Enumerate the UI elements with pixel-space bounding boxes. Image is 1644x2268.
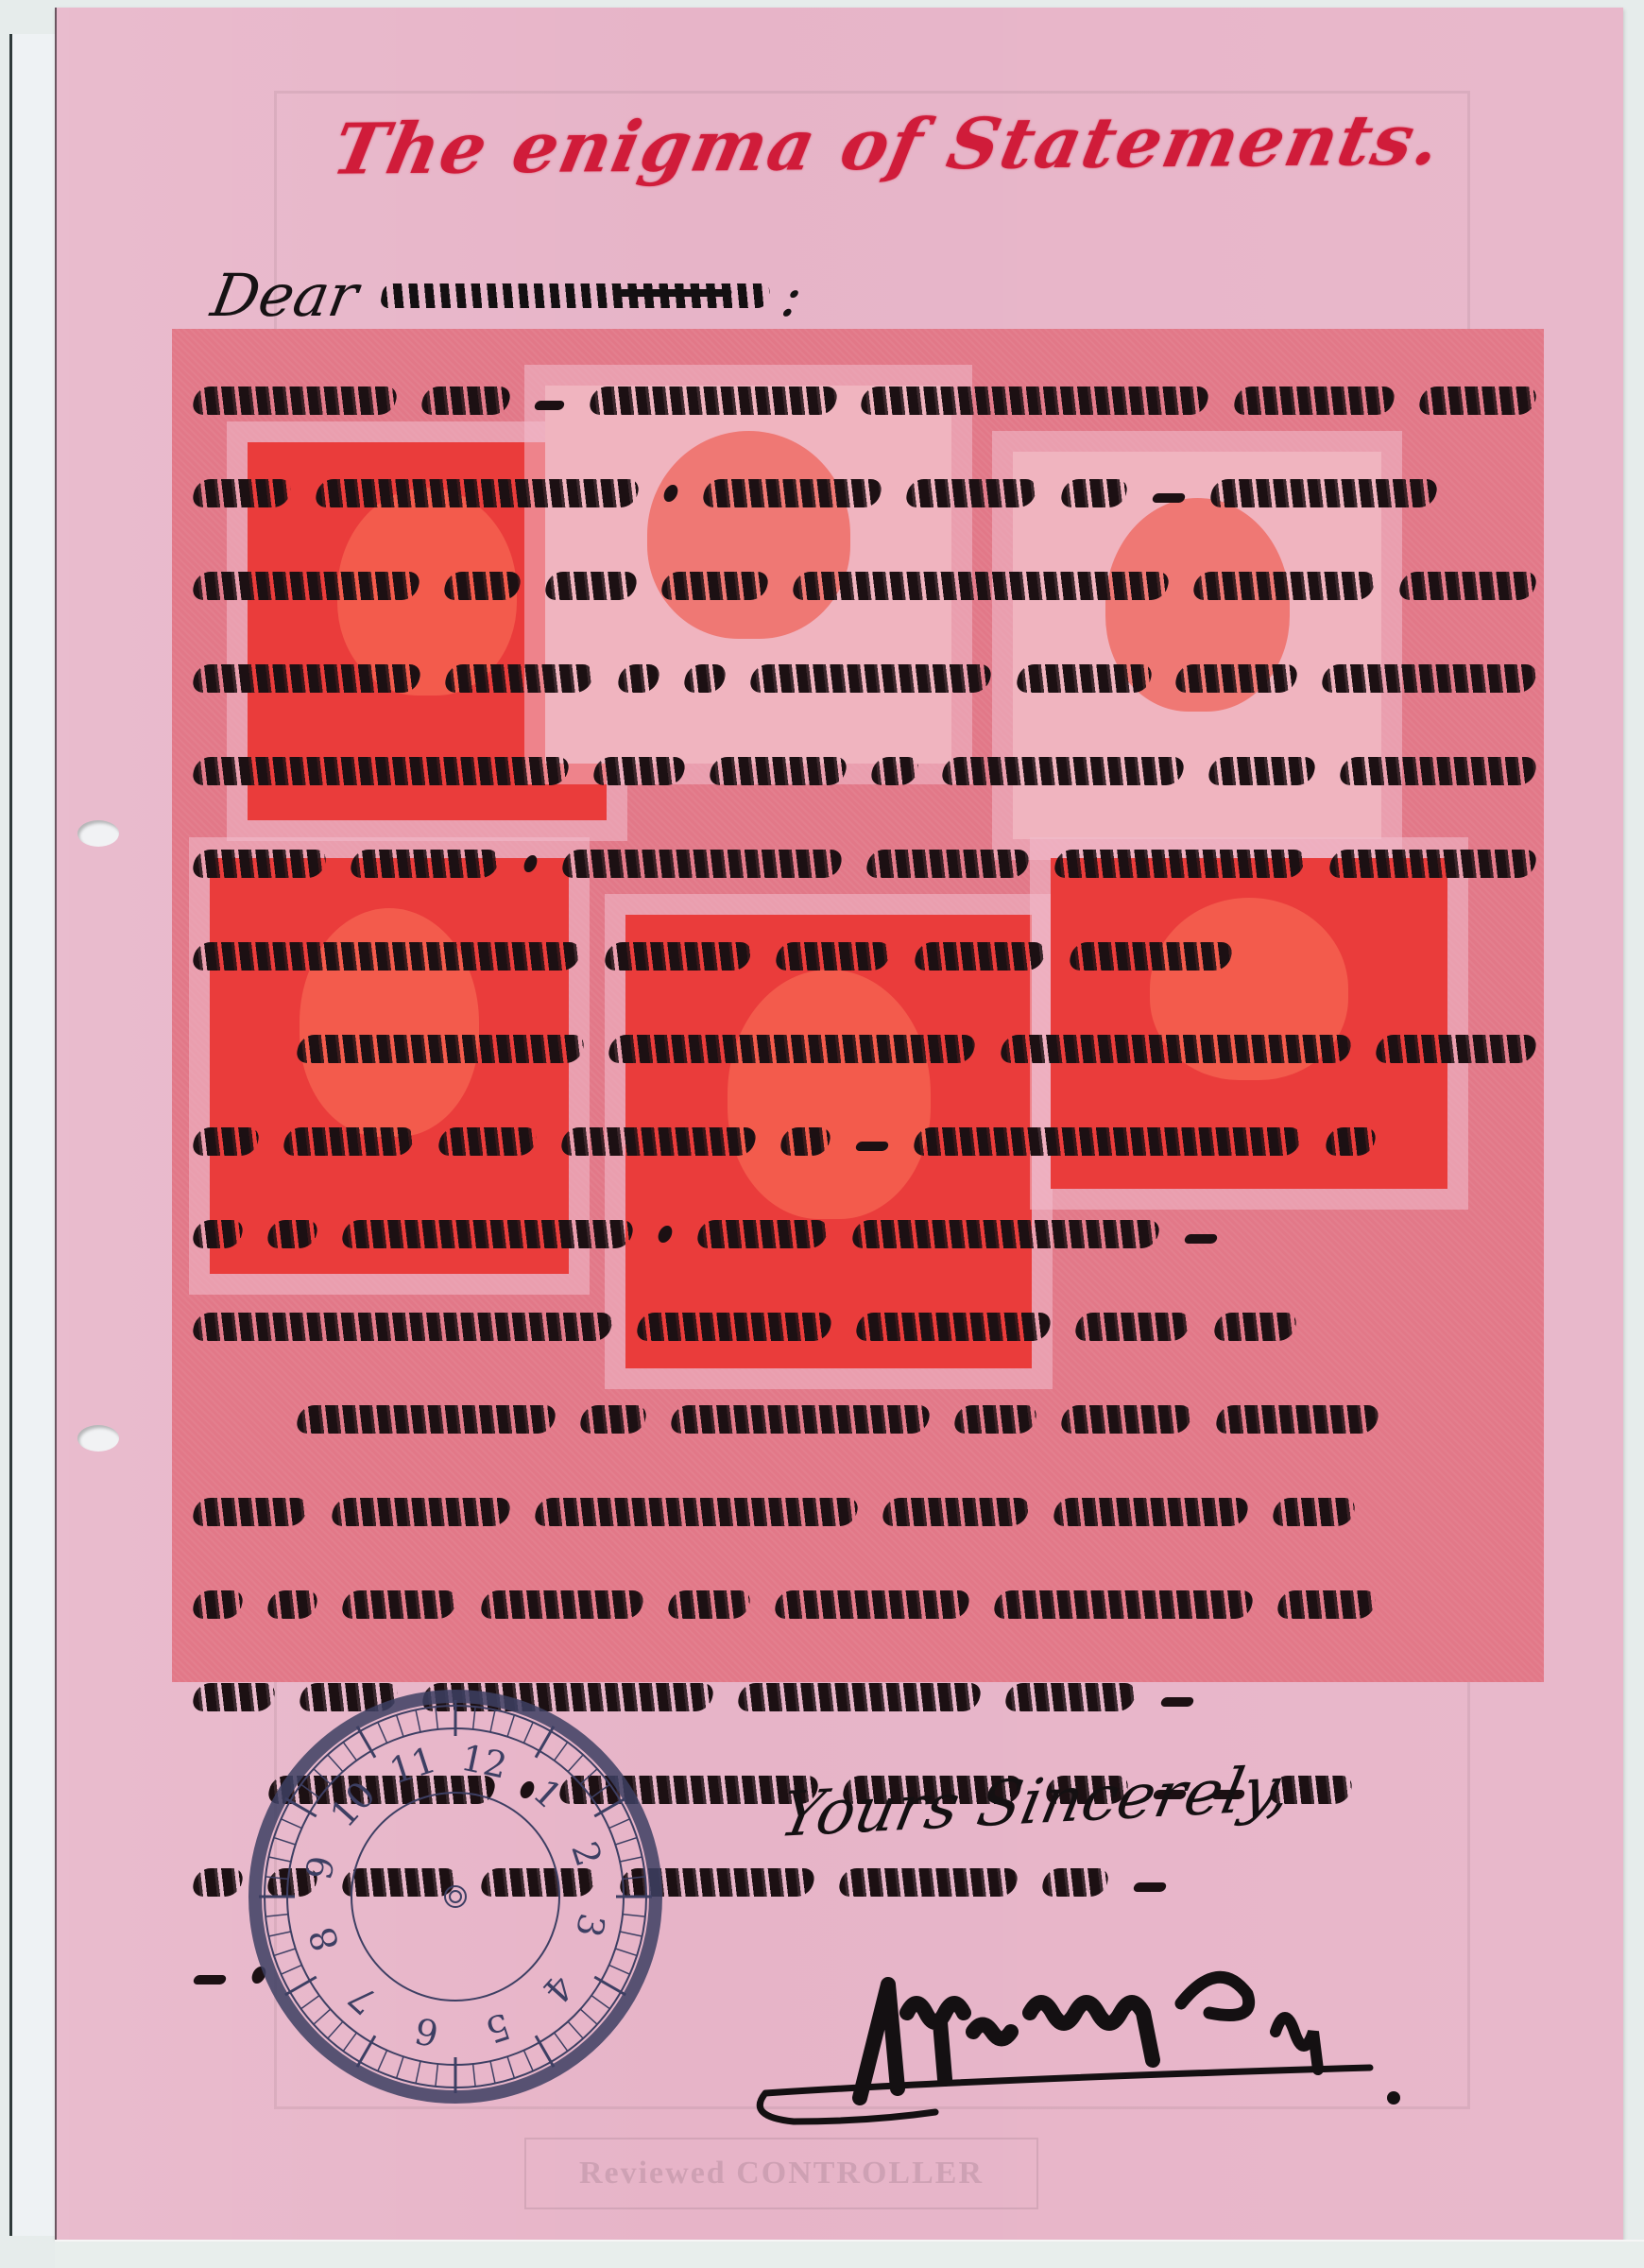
- redacted-word: [190, 850, 329, 878]
- redacted-word: [880, 1498, 1031, 1526]
- redacted-word: [1275, 1590, 1378, 1619]
- redacted-word: [190, 572, 421, 600]
- redacted-word: [190, 942, 582, 971]
- redacted-word: [790, 572, 1172, 600]
- redacted-line: [194, 910, 1535, 1003]
- redacted-line: [194, 1003, 1535, 1095]
- redacted-line: [194, 1466, 1535, 1558]
- redacted-word: [940, 757, 1187, 785]
- redacted-word: [694, 1220, 830, 1248]
- redacted-word: [436, 1127, 539, 1156]
- redacted-word: [190, 1868, 245, 1897]
- salutation: Dear :: [206, 257, 809, 333]
- redacted-word: [912, 942, 1047, 971]
- redacted-word: [855, 1142, 889, 1151]
- redacted-word: [853, 1313, 1053, 1341]
- redacted-word: [294, 1035, 587, 1063]
- redacted-word: [190, 479, 293, 507]
- redacted-word: [1173, 664, 1300, 693]
- redacted-word: [558, 1127, 758, 1156]
- redacted-line: [194, 540, 1535, 632]
- redacted-word: [190, 387, 399, 415]
- redacted-word: [577, 1405, 648, 1434]
- back-sheet-edge: [9, 34, 61, 2236]
- redacted-word: [329, 1498, 512, 1526]
- redacted-line: [194, 354, 1535, 447]
- redacted-line: [194, 447, 1535, 540]
- page-title: The enigma of Statements.: [326, 98, 1592, 191]
- redacted-word: [659, 572, 770, 600]
- redacted-word: [911, 1127, 1303, 1156]
- redacted-line: [194, 817, 1535, 910]
- redacted-line: [194, 1095, 1535, 1188]
- clock-numeral: 5: [481, 2004, 516, 2051]
- redacted-line: [194, 632, 1535, 725]
- redacted-word: [1373, 1035, 1538, 1063]
- redacted-line: [194, 1558, 1535, 1651]
- clock-numeral: 6: [411, 2009, 442, 2054]
- redacted-line: [194, 1188, 1535, 1280]
- signature-icon: [746, 1947, 1521, 2155]
- redacted-word: [1067, 942, 1234, 971]
- redacted-line: [194, 1280, 1535, 1373]
- redacted-word: [748, 664, 995, 693]
- redacted-word: [1211, 1313, 1298, 1341]
- redacted-word: [534, 401, 565, 410]
- redacted-word: [190, 1313, 614, 1341]
- redacted-word: [193, 1975, 227, 1984]
- redacted-word: [542, 572, 640, 600]
- redacted-word: [1133, 1882, 1167, 1892]
- redacted-word: [849, 1220, 1161, 1248]
- redacted-word: [294, 1405, 557, 1434]
- clock-numeral: 9: [298, 1852, 343, 1883]
- redacted-word: [1206, 757, 1317, 785]
- redacted-word: [1051, 1498, 1250, 1526]
- redacted-word: [532, 1498, 860, 1526]
- redacted-word: [349, 850, 502, 878]
- redacted-word: [1213, 1405, 1380, 1434]
- redacted-word: [442, 664, 595, 693]
- redacted-word: [615, 664, 662, 693]
- redacted-word: [591, 757, 688, 785]
- redacted-word: [1231, 387, 1396, 415]
- redacted-word: [859, 387, 1212, 415]
- redacted-word: [662, 485, 679, 502]
- redacted-word: [991, 1590, 1255, 1619]
- redacted-word: [602, 942, 753, 971]
- redacted-word: [1052, 850, 1308, 878]
- redacted-word: [903, 479, 1038, 507]
- redacted-word: [657, 1226, 674, 1243]
- redacted-name: [378, 274, 773, 316]
- redacted-word: [1270, 1498, 1357, 1526]
- redacted-word: [1416, 387, 1539, 415]
- redacted-word: [865, 850, 1033, 878]
- redacted-word: [778, 1127, 832, 1156]
- redacted-word: [735, 1683, 983, 1711]
- redacted-word: [190, 1590, 245, 1619]
- redacted-line: [194, 1373, 1535, 1466]
- redacted-word: [668, 1405, 932, 1434]
- redacted-word: [868, 757, 920, 785]
- redacted-word: [1327, 850, 1538, 878]
- redacted-word: [339, 1220, 635, 1248]
- redacted-word: [265, 1220, 319, 1248]
- redacted-word: [281, 1127, 416, 1156]
- redacted-word: [587, 387, 839, 415]
- punch-hole-icon: [77, 1425, 119, 1452]
- redacted-word: [441, 572, 523, 600]
- redacted-word: [951, 1405, 1038, 1434]
- redacted-word: [1014, 664, 1154, 693]
- clock-numeral: 2: [563, 1837, 609, 1872]
- redacted-word: [1190, 572, 1378, 600]
- redacted-word: [772, 1590, 971, 1619]
- redacted-word: [1058, 479, 1129, 507]
- clock-numeral: 1: [525, 1771, 570, 1817]
- redacted-word: [339, 1590, 458, 1619]
- page-bottom-edge: [55, 2240, 1644, 2268]
- redacted-word: [665, 1590, 752, 1619]
- redacted-word: [607, 1035, 979, 1063]
- redacted-word: [313, 479, 641, 507]
- punch-hole-icon: [77, 820, 119, 847]
- redacted-word: [190, 1498, 309, 1526]
- redacted-word: [1323, 1127, 1378, 1156]
- redacted-word: [1039, 1868, 1110, 1897]
- redacted-word: [998, 1035, 1354, 1063]
- redacted-word: [700, 479, 883, 507]
- redacted-word: [1160, 1697, 1194, 1707]
- clock-numeral: 4: [535, 1967, 581, 2011]
- redacted-word: [1337, 757, 1539, 785]
- clock-numeral: 7: [341, 1976, 385, 2022]
- redacted-word: [773, 942, 892, 971]
- redacted-word: [1002, 1683, 1138, 1711]
- redacted-word: [1058, 1405, 1193, 1434]
- clock-numeral: 3: [568, 1910, 613, 1941]
- redacted-word: [708, 757, 849, 785]
- redacted-word: [265, 1590, 319, 1619]
- redacted-word: [559, 850, 845, 878]
- redacted-word: [190, 1127, 261, 1156]
- redacted-word: [190, 1220, 245, 1248]
- redacted-word: [1319, 664, 1539, 693]
- clock-stamp-icon: 121234567891011: [244, 1685, 667, 2108]
- redacted-word: [1072, 1313, 1191, 1341]
- redacted-word: [522, 855, 539, 872]
- redacted-word: [1184, 1234, 1218, 1244]
- redacted-word: [681, 664, 728, 693]
- redacted-word: [836, 1868, 1019, 1897]
- redacted-word: [478, 1590, 645, 1619]
- salutation-prefix: Dear: [207, 261, 364, 330]
- redacted-line: [194, 725, 1535, 817]
- redacted-word: [190, 757, 572, 785]
- clock-numeral: 11: [385, 1739, 441, 1793]
- clock-numeral: 8: [300, 1922, 347, 1957]
- redacted-word: [1207, 479, 1439, 507]
- redacted-word: [634, 1313, 833, 1341]
- redacted-word: [1397, 572, 1539, 600]
- clock-numeral: 12: [457, 1737, 510, 1787]
- redacted-word: [190, 664, 423, 693]
- redacted-word: [1152, 493, 1186, 503]
- redacted-word: [419, 387, 512, 415]
